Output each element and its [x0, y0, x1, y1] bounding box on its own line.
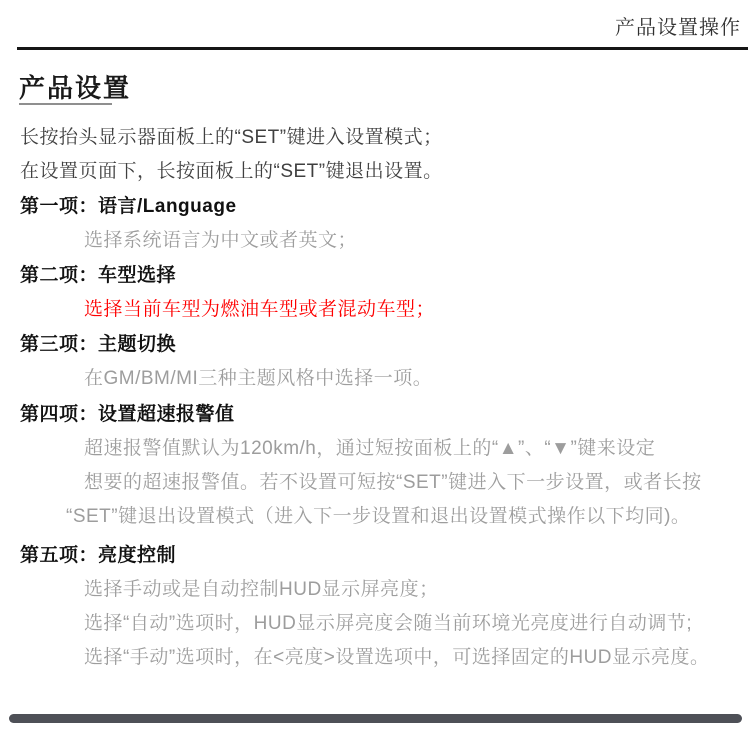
manual-page: 产品设置操作 产品设置 长按抬头显示器面板上的“SET”键进入设置模式； 在设置… — [0, 0, 750, 731]
intro-line: 长按抬头显示器面板上的“SET”键进入设置模式； — [20, 121, 742, 155]
section-heading-vehicle-type: 第二项：车型选择 — [20, 259, 742, 293]
page-header-label: 产品设置操作 — [615, 11, 741, 40]
section-heading-theme: 第三项：主题切换 — [20, 328, 742, 362]
section-desc: 在GM/BM/MI三种主题风格中选择一项。 — [20, 362, 742, 396]
section-heading-brightness: 第五项：亮度控制 — [20, 539, 742, 573]
section-desc: 想要的超速报警值。若不设置可短按“SET”键进入下一步设置，或者长按 — [20, 466, 742, 500]
section-desc-highlighted: 选择当前车型为燃油车型或者混动车型； — [20, 293, 742, 327]
section-desc: 超速报警值默认为120km/h，通过短按面板上的“▲”、“▼”键来设定 — [20, 432, 742, 466]
section-desc: 选择手动或是自动控制HUD显示屏亮度； — [20, 573, 742, 607]
intro-line: 在设置页面下，长按面板上的“SET”键退出设置。 — [20, 155, 742, 189]
section-heading-language: 第一项：语言/Language — [20, 190, 742, 224]
page-title: 产品设置 — [19, 68, 131, 105]
section-heading-speed-alarm: 第四项：设置超速报警值 — [20, 398, 742, 432]
header-rule — [17, 47, 748, 50]
manual-content: 长按抬头显示器面板上的“SET”键进入设置模式； 在设置页面下，长按面板上的“S… — [20, 121, 742, 675]
section-desc: 选择系统语言为中文或者英文； — [20, 224, 742, 258]
section-desc: 选择“手动”选项时，在<亮度>设置选项中，可选择固定的HUD显示亮度。 — [20, 641, 742, 675]
section-desc: “SET”键退出设置模式（进入下一步设置和退出设置模式操作以下均同)。 — [20, 500, 742, 534]
horizontal-scrollbar-thumb[interactable] — [9, 714, 742, 723]
section-desc: 选择“自动”选项时，HUD显示屏亮度会随当前环境光亮度进行自动调节; — [20, 607, 742, 641]
title-underline — [19, 103, 112, 105]
